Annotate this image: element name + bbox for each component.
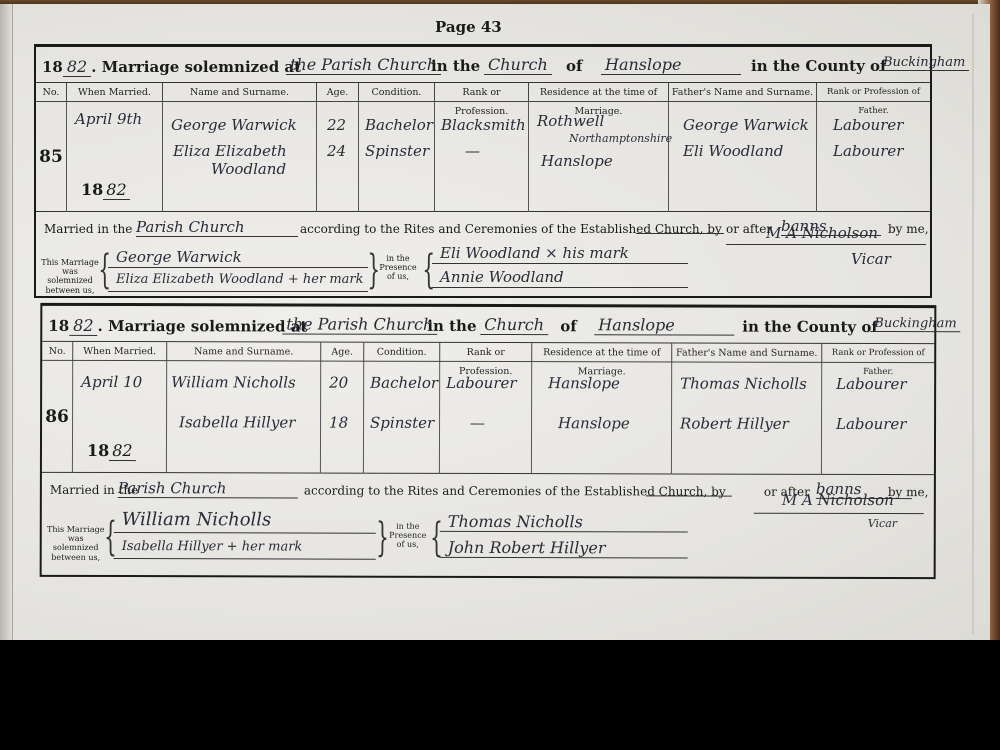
residence-cell: Rothwell Northamptonshire Hanslope — [529, 102, 669, 212]
married-in-place: Parish Church — [118, 479, 298, 498]
heading-county-text: in the County of — [742, 318, 878, 336]
bride-name: Isabella Hillyer — [179, 413, 295, 431]
groom-name: George Warwick — [171, 116, 297, 134]
father-name-cell: George Warwick Eli Woodland — [669, 102, 817, 212]
ages-cell: 20 18 — [321, 362, 364, 474]
bride-residence: Hanslope — [558, 414, 630, 432]
bride-residence: Hanslope — [541, 152, 613, 170]
officiant-signature: M A Nicholson — [766, 224, 878, 242]
heading-in-the: in the — [431, 57, 480, 75]
witness2-signature: John Robert Hillyer — [440, 538, 688, 559]
heading-year: 1882. Marriage solemnized at — [42, 57, 301, 76]
bride-father-profession: Labourer — [836, 415, 906, 433]
ages-cell: 22 24 — [317, 102, 359, 212]
col-father-name: Father's Name and Surname. — [672, 343, 822, 362]
heading-in-the: in the — [427, 317, 476, 335]
year-prefix: 18 — [42, 58, 63, 76]
entry-data: 86 April 10 1882 William Nicholls Isabel… — [42, 361, 934, 475]
parish-handwritten: Hanslope — [601, 55, 741, 75]
groom-profession: Labourer — [446, 374, 516, 392]
names-cell: George Warwick Eliza Elizabeth Woodland — [163, 102, 317, 212]
officiant-line — [754, 513, 924, 514]
presence-label: in the Presence of us, — [386, 522, 430, 550]
col-father-name: Father's Name and Surname. — [669, 83, 817, 102]
bride-condition: Spinster — [370, 414, 434, 432]
by-licence-blank — [636, 220, 724, 234]
marriage-year: 1882 — [81, 180, 130, 199]
bride-name-line1: Eliza Elizabeth — [173, 142, 287, 160]
bride-profession: — — [465, 142, 480, 160]
groom-profession: Blacksmith — [441, 116, 526, 134]
married-in-label: Married in the — [44, 222, 132, 236]
year-handwritten: 82 — [103, 180, 129, 200]
groom-father-name: Thomas Nicholls — [680, 375, 807, 393]
profession-cell: Labourer — — [440, 362, 532, 474]
groom-condition: Bachelor — [370, 374, 438, 392]
bride-age: 24 — [327, 142, 346, 160]
groom-residence-county: Northamptonshire — [569, 132, 672, 145]
church-handwritten: Church — [484, 55, 552, 75]
groom-residence: Hanslope — [548, 374, 620, 392]
heading-solemnized-text: . Marriage solemnized at — [91, 58, 301, 76]
groom-father-profession: Labourer — [833, 116, 903, 134]
entry-heading: 1882. Marriage solemnized at the Parish … — [42, 306, 934, 344]
col-condition: Condition. — [364, 343, 440, 362]
col-no: No. — [42, 342, 73, 361]
groom-age: 20 — [329, 374, 348, 392]
heading-of: of — [566, 57, 582, 75]
groom-condition: Bachelor — [365, 116, 433, 134]
officiant-line — [726, 244, 926, 245]
col-profession: Rank or Profession. — [440, 343, 532, 362]
col-when-married: When Married. — [67, 83, 163, 102]
church-handwritten: Church — [480, 315, 548, 335]
parish-handwritten: Hanslope — [594, 315, 734, 335]
officiant-signature: M A Nicholson — [782, 491, 894, 509]
entry-number: 85 — [36, 102, 67, 212]
witness2-signature: Annie Woodland — [432, 268, 688, 288]
bride-signature: Eliza Elizabeth Woodland + her mark — [108, 272, 368, 292]
year-handwritten: 82 — [109, 441, 135, 461]
when-married-cell: April 9th 1882 — [67, 102, 163, 212]
heading-year: 1882. Marriage solemnized at — [48, 316, 307, 336]
page-title: Page 43 — [435, 18, 502, 36]
when-married-cell: April 10 1882 — [73, 361, 167, 473]
col-residence: Residence at the time of Marriage. — [532, 343, 672, 362]
marriage-year: 1882 — [87, 441, 136, 460]
by-licence-blank — [646, 482, 732, 496]
married-in-place: Parish Church — [136, 218, 298, 237]
bride-age: 18 — [329, 414, 348, 432]
entry-data: 85 April 9th 1882 George Warwick Eliza E… — [36, 102, 930, 212]
father-profession-cell: Labourer Labourer — [822, 363, 934, 475]
by-me-text: by me, — [888, 485, 929, 499]
column-headers: No. When Married. Name and Surname. Age.… — [36, 83, 930, 102]
gutter-line — [12, 4, 13, 640]
register-page: Page 43 1882. Marriage solemnized at the… — [0, 4, 990, 640]
heading-solemnized-text: . Marriage solemnized at — [98, 317, 308, 336]
between-us-label: This Marriage was solemnized between us, — [40, 258, 100, 295]
photo-stage: Page 43 1882. Marriage solemnized at the… — [0, 0, 1000, 750]
condition-cell: Bachelor Spinster — [359, 102, 435, 212]
witness1-signature-text: Thomas Nicholls — [448, 512, 583, 531]
between-us-label: This Marriage was solemnized between us, — [46, 525, 106, 562]
marriage-date: April 10 — [81, 373, 142, 391]
col-father-profession: Rank or Profession of Father. — [822, 344, 934, 363]
col-age: Age. — [321, 343, 364, 362]
bride-signature-text: Isabella Hillyer + her mark — [122, 539, 303, 554]
groom-age: 22 — [327, 116, 346, 134]
bride-father-name: Robert Hillyer — [680, 415, 789, 433]
groom-signature-text: George Warwick — [116, 248, 242, 266]
col-age: Age. — [317, 83, 359, 102]
marriage-entry-85: 1882. Marriage solemnized at the Parish … — [34, 44, 932, 298]
bride-profession: — — [470, 414, 485, 432]
entry-heading: 1882. Marriage solemnized at the Parish … — [36, 47, 930, 83]
page-edge-line — [972, 14, 974, 634]
bride-name-line2: Woodland — [211, 160, 286, 178]
groom-signature-text: William Nicholls — [122, 509, 272, 530]
heading-of: of — [560, 317, 577, 335]
marriage-entry-86: 1882. Marriage solemnized at the Parish … — [40, 303, 937, 579]
bride-father-name: Eli Woodland — [683, 142, 783, 160]
bride-condition: Spinster — [365, 142, 429, 160]
father-profession-cell: Labourer Labourer — [817, 102, 930, 212]
entry-number: 86 — [42, 361, 73, 473]
col-profession: Rank or Profession. — [435, 83, 529, 102]
column-headers: No. When Married. Name and Surname. Age.… — [42, 342, 934, 363]
col-father-profession: Rank or Profession of Father. — [817, 83, 930, 102]
bride-signature-text: Eliza Elizabeth Woodland + her mark — [116, 272, 363, 287]
witness2-signature-text: John Robert Hillyer — [448, 538, 606, 557]
presence-label: in the Presence of us, — [376, 254, 420, 282]
father-name-cell: Thomas Nicholls Robert Hillyer — [672, 362, 822, 474]
officiant-title: Vicar — [851, 250, 891, 268]
county-handwritten: Buckingham — [879, 55, 969, 71]
col-condition: Condition. — [359, 83, 435, 102]
col-residence: Residence at the time of Marriage. — [529, 83, 669, 102]
profession-cell: Blacksmith — — [435, 102, 529, 212]
condition-cell: Bachelor Spinster — [364, 362, 440, 474]
place-handwritten: the Parish Church — [286, 55, 441, 75]
groom-signature: George Warwick — [108, 248, 368, 268]
groom-name: William Nicholls — [171, 373, 296, 391]
year-prefix: 18 — [87, 441, 109, 460]
officiant-title: Vicar — [868, 517, 897, 530]
bride-signature: Isabella Hillyer + her mark — [114, 539, 376, 560]
witness2-signature-text: Annie Woodland — [440, 268, 564, 286]
residence-cell: Hanslope Hanslope — [532, 362, 672, 474]
bride-father-profession: Labourer — [833, 142, 903, 160]
signatures-block: This Marriage was solemnized between us,… — [36, 242, 930, 302]
marriage-date: April 9th — [75, 110, 142, 128]
heading-county-text: in the County of — [751, 57, 887, 75]
groom-father-profession: Labourer — [836, 375, 906, 393]
names-cell: William Nicholls Isabella Hillyer — [167, 361, 321, 473]
groom-residence: Rothwell — [537, 112, 604, 130]
county-handwritten: Buckingham — [870, 316, 960, 332]
col-name: Name and Surname. — [167, 342, 321, 361]
groom-father-name: George Warwick — [683, 116, 809, 134]
year-handwritten: 82 — [63, 57, 91, 77]
year-handwritten: 82 — [69, 316, 97, 336]
signatures-block: This Marriage was solemnized between us,… — [42, 503, 934, 575]
year-prefix: 18 — [48, 317, 69, 335]
place-handwritten: the Parish Church — [282, 314, 437, 334]
col-name: Name and Surname. — [163, 83, 317, 102]
witness1-signature-text: Eli Woodland × his mark — [440, 244, 629, 262]
col-when-married: When Married. — [73, 342, 167, 361]
col-no: No. — [36, 83, 67, 102]
by-me-text: by me, — [888, 222, 929, 236]
witness1-signature: Thomas Nicholls — [440, 512, 688, 533]
year-prefix: 18 — [81, 180, 103, 199]
groom-signature: William Nicholls — [114, 513, 376, 534]
witness1-signature: Eli Woodland × his mark — [432, 244, 688, 264]
